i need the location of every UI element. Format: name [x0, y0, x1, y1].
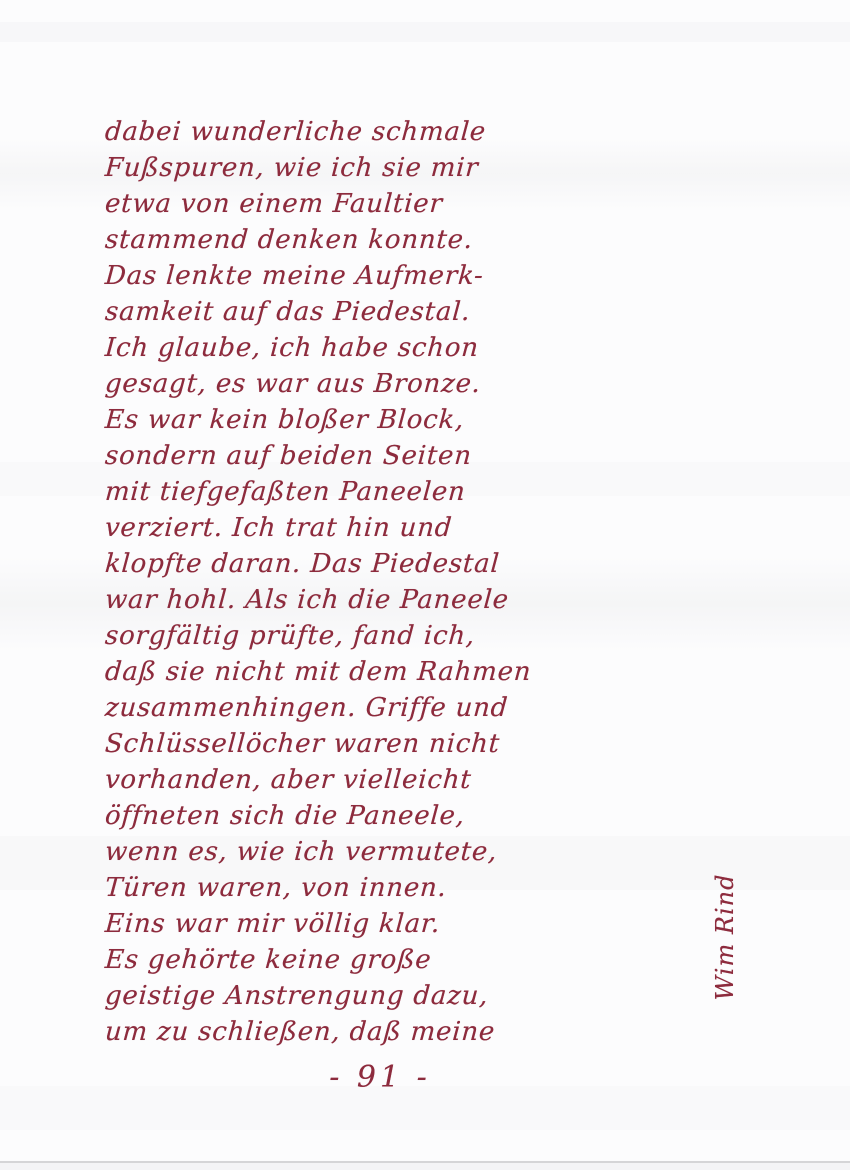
manuscript-lines: dabei wunderliche schmaleFußspuren, wie … — [105, 114, 765, 1050]
handwritten-line: um zu schließen, daß meine — [104, 1014, 767, 1050]
handwritten-line: mit tiefgefaßten Paneelen — [104, 474, 767, 510]
handwritten-line: Schlüssellöcher waren nicht — [104, 726, 767, 762]
handwritten-line: Es gehörte keine große — [104, 942, 767, 978]
handwritten-line: samkeit auf das Piedestal. — [104, 294, 767, 330]
handwritten-line: Fußspuren, wie ich sie mir — [104, 150, 767, 186]
handwritten-line: dabei wunderliche schmale — [104, 114, 767, 150]
handwritten-line: gesagt, es war aus Bronze. — [104, 366, 767, 402]
handwritten-line: sorgfältig prüfte, fand ich, — [104, 618, 767, 654]
vertical-marginalia: Wim Rind — [703, 807, 747, 1067]
handwritten-line: öffneten sich die Paneele, — [104, 798, 767, 834]
page-number: - 91 - — [280, 1060, 480, 1095]
handwritten-line: war hohl. Als ich die Paneele — [104, 582, 767, 618]
handwritten-line: daß sie nicht mit dem Rahmen — [104, 654, 767, 690]
handwritten-line: Türen waren, von innen. — [104, 870, 767, 906]
handwritten-line: Eins war mir völlig klar. — [104, 906, 767, 942]
handwritten-line: Das lenkte meine Aufmerk- — [104, 258, 767, 294]
scan-artifact-band — [0, 22, 850, 42]
handwritten-line: wenn es, wie ich vermutete, — [104, 834, 767, 870]
handwritten-line: etwa von einem Faultier — [104, 186, 767, 222]
handwritten-line: zusammenhingen. Griffe und — [104, 690, 767, 726]
handwritten-line: Es war kein bloßer Block, — [104, 402, 767, 438]
scan-edge-strip — [0, 1163, 850, 1170]
scanned-manuscript-page: dabei wunderliche schmaleFußspuren, wie … — [0, 0, 850, 1170]
handwritten-line: sondern auf beiden Seiten — [104, 438, 767, 474]
handwritten-line: klopfte daran. Das Piedestal — [104, 546, 767, 582]
handwritten-line: stammend denken konnte. — [104, 222, 767, 258]
handwritten-line: verziert. Ich trat hin und — [104, 510, 767, 546]
handwritten-line: geistige Anstrengung dazu, — [104, 978, 767, 1014]
handwritten-line: vorhanden, aber vielleicht — [104, 762, 767, 798]
handwritten-line: Ich glaube, ich habe schon — [104, 330, 767, 366]
